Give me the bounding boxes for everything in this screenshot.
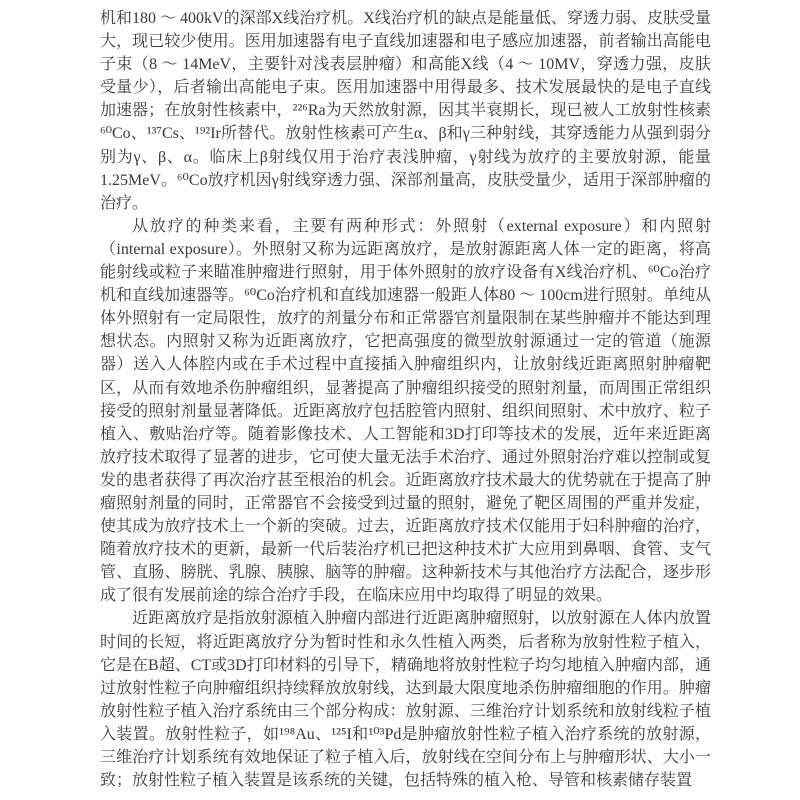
paragraph-brachytherapy-seed-implant: 近距离放疗是指放射源植入肿瘤内部进行近距离肿瘤照射，以放射源在人体内放置时间的长… bbox=[100, 607, 711, 792]
text-column: 机和180 ～ 400kV的深部X线治疗机。X线治疗机的缺点是能量低、穿透力弱、… bbox=[100, 7, 711, 792]
paragraph-continuation: 机和180 ～ 400kV的深部X线治疗机。X线治疗机的缺点是能量低、穿透力弱、… bbox=[100, 7, 711, 215]
paragraph-radiotherapy-types: 从放疗的种类来看，主要有两种形式：外照射（external exposure）和… bbox=[100, 215, 711, 608]
book-page: 机和180 ～ 400kV的深部X线治疗机。X线治疗机的缺点是能量低、穿透力弱、… bbox=[0, 0, 800, 800]
